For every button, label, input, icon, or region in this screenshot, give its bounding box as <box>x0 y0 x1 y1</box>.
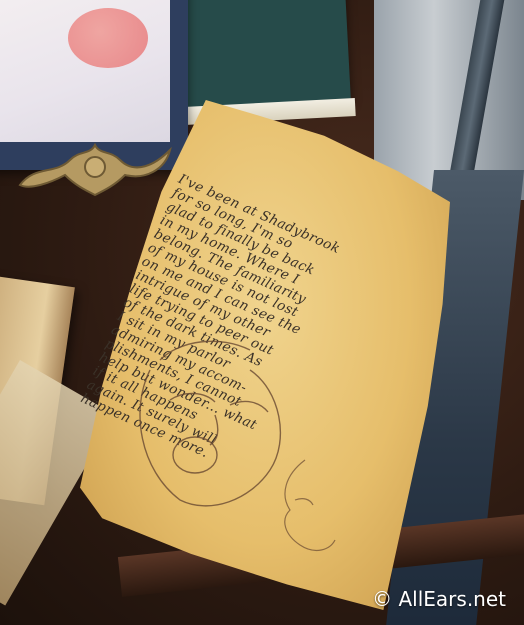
butterfly-print <box>68 8 148 68</box>
watermark: © AllEars.net <box>372 587 506 611</box>
profile-sketch-icon <box>255 455 345 565</box>
gold-frame-stand-icon <box>15 135 175 199</box>
framed-print <box>0 0 170 142</box>
photo-scene: I've been at Shadybrook for so long, I'm… <box>0 0 524 625</box>
green-book <box>165 0 351 110</box>
